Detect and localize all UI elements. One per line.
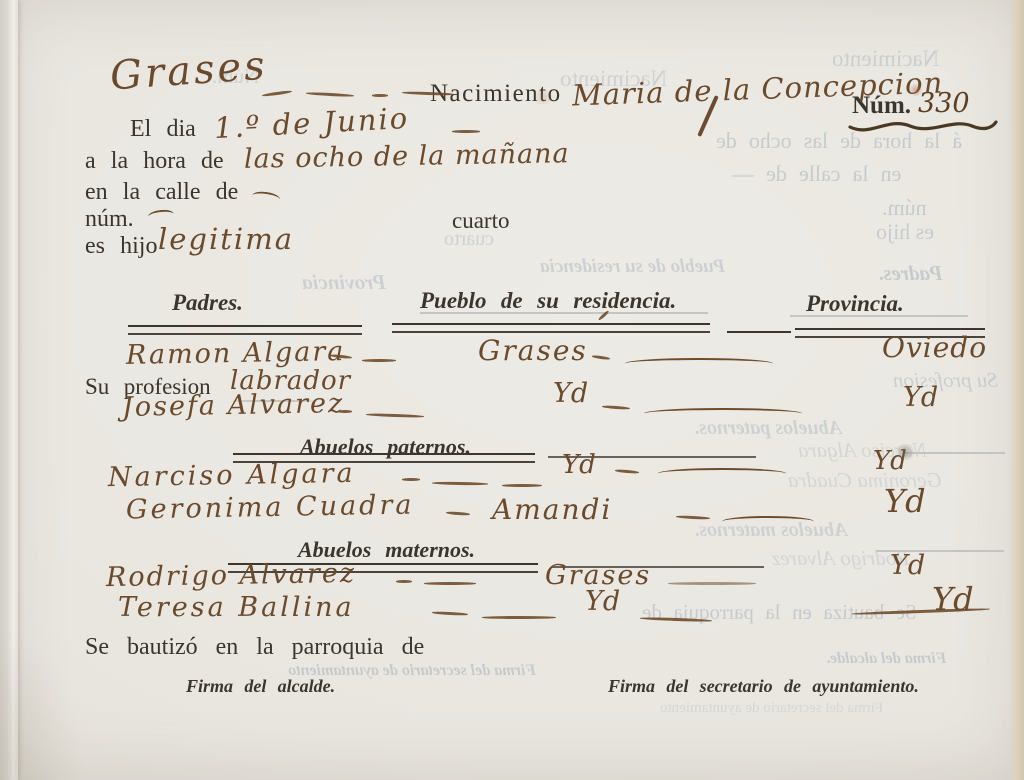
bleed-num-line: núm. (882, 195, 927, 221)
row-provincia: Yd (890, 550, 925, 581)
day-label: El dia (130, 116, 196, 143)
pen-dash (668, 582, 756, 585)
pen-dash (502, 484, 542, 487)
col-header-padres: Padres. (172, 290, 243, 316)
margin-place-value: Grases (109, 43, 269, 100)
corner-shadow (0, 560, 120, 780)
pen-dash (424, 582, 476, 585)
row-name: Josefa Alvarez (122, 388, 345, 423)
pen-dash (625, 358, 773, 369)
rule-right-paternal (903, 452, 1005, 454)
num-value: 330 (918, 88, 970, 119)
row-pueblo: Yd (553, 378, 588, 409)
bleed-pueblo-header: Pueblo de su residencia (540, 256, 725, 278)
row-name: Geronima Cuadra (126, 489, 415, 525)
baptism-label: Se bautizó en la parroquia de (85, 634, 424, 661)
row-name: Narciso Algara (108, 458, 356, 493)
row-name: Rodrigo Alvarez (106, 558, 357, 593)
pen-dash (615, 469, 639, 474)
row-provincia: Oviedo (882, 331, 987, 364)
day-value: 1.º de Junio (213, 101, 410, 145)
pen-dash (452, 130, 480, 133)
col-header-provincia: Provincia. (806, 291, 904, 317)
pen-dash (722, 516, 814, 527)
hour-value: las ocho de la mañana (244, 138, 570, 175)
col-header-pueblo: Pueblo de su residencia. (420, 288, 676, 314)
num-field-label: núm. (85, 206, 134, 233)
table-rule-short (727, 331, 791, 333)
pen-dash (482, 616, 556, 619)
bleed-street-line: en la calle de — (732, 161, 901, 187)
bleed-paternos-header: Abuelos paternos. (694, 417, 842, 440)
pen-dash (338, 410, 352, 413)
pen-dash (362, 359, 396, 362)
num-flourish (848, 116, 998, 138)
pen-dash (366, 413, 424, 418)
pen-dash (658, 468, 786, 479)
pen-dash (432, 611, 468, 615)
child-status-label: es hijo (85, 233, 157, 260)
pen-dash-street (251, 190, 280, 205)
row-provincia: Yd (932, 580, 974, 618)
hour-label: a la hora de (85, 148, 224, 175)
pen-dash-num (147, 209, 174, 223)
bleed-provincia-header: Provincia (302, 270, 386, 295)
ink-smudge (893, 444, 917, 460)
paper-spot (530, 90, 556, 104)
bleed-firma-alcalde: Firma del alcalde. (826, 650, 946, 668)
signature-right-label: Firma del secretario de ayuntamiento. (608, 676, 919, 697)
row-pueblo: Amandi (492, 493, 612, 526)
row-provincia: Yd (903, 382, 938, 413)
floor-label: cuarto (452, 208, 509, 234)
pen-dash (592, 355, 610, 360)
pen-dash (676, 515, 710, 519)
table-rule-pueblo (392, 323, 710, 333)
child-status-value: legitima (158, 222, 294, 256)
rust-stain (908, 84, 924, 96)
row-name: Teresa Ballina (118, 592, 355, 623)
registry-document-page: Núm. Nacimiento Nacimiento á la hora de … (0, 0, 1024, 780)
signature-left-label: Firma del alcalde. (186, 676, 335, 697)
pen-dash (306, 92, 354, 97)
pen-dash (644, 408, 802, 419)
table-rule-padres (128, 325, 362, 335)
pen-dash (446, 511, 470, 515)
bleed-padres-header: Padres. (878, 261, 943, 286)
pen-dash (602, 405, 630, 410)
pen-dash (396, 580, 412, 583)
row-pueblo: Yd (562, 450, 596, 480)
row-provincia: Yd (884, 482, 926, 520)
pen-dash (372, 94, 388, 97)
pen-dash (262, 90, 292, 97)
street-label: en la calle de (85, 179, 238, 206)
pen-dash (402, 478, 420, 481)
bleed-hijo-line: es hijo (876, 219, 934, 245)
row-pueblo: Yd (585, 586, 620, 617)
row-pueblo: Grases (478, 334, 588, 367)
pen-dash (432, 482, 488, 486)
bleed-firma-secretario-lower: Firma del secretario de ayuntamiento (660, 700, 883, 717)
page-right-edge (1008, 0, 1024, 780)
